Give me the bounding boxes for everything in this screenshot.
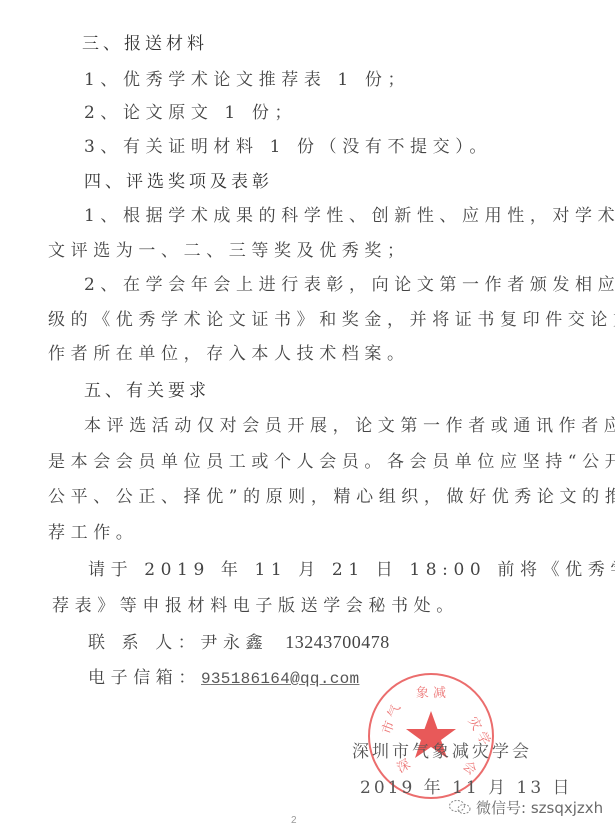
requirements-para1-line2: 是本会会员单位员工或个人会员。各会员单位应坚持“公开、	[48, 451, 615, 473]
email-link[interactable]: 935186164@qq.com	[201, 670, 359, 688]
signature-org: 深圳市气象减灾学会	[352, 737, 532, 762]
awards-para2-line1: 2、在学会年会上进行表彰，向论文第一作者颁发相应等	[84, 274, 615, 296]
page-number: 2	[291, 815, 297, 826]
awards-para1-line2: 文评选为一、二、三等奖及优秀奖；	[48, 240, 410, 262]
email-line: 电子信箱：935186164@qq.com	[88, 667, 359, 690]
email-label: 电子信箱：	[88, 668, 201, 688]
section-heading-awards: 四、评选奖项及表彰	[84, 171, 273, 193]
deadline-line2: 荐表》等申报材料电子版送学会秘书处。	[52, 595, 459, 617]
awards-para2-line2: 级的《优秀学术论文证书》和奖金，并将证书复印件交论文	[48, 309, 615, 331]
materials-item-1: 1、优秀学术论文推荐表 1 份；	[84, 69, 410, 91]
wechat-watermark: 微信号: szsqxjzxh	[448, 797, 603, 818]
signature-date: 2019 年 11 月 13 日	[360, 773, 573, 798]
awards-para2-line3: 作者所在单位，存入本人技术档案。	[48, 343, 410, 365]
awards-para1-line1: 1、根据学术成果的科学性、创新性、应用性，对学术论	[84, 205, 615, 227]
section-heading-materials: 三、报送材料	[82, 33, 208, 55]
requirements-para1-line4: 荐工作。	[48, 522, 138, 544]
materials-item-3: 3、有关证明材料 1 份（没有不提交）。	[84, 136, 492, 158]
contact-line: 联 系 人：尹永鑫 13243700478	[88, 631, 390, 654]
svg-text:市 气: 市 气	[380, 703, 404, 736]
contact-phone: 13243700478	[285, 632, 390, 652]
requirements-para1-line1: 本评选活动仅对会员开展，论文第一作者或通讯作者应	[84, 415, 615, 437]
svg-text:象 减: 象 减	[416, 685, 446, 701]
materials-item-2: 2、论文原文 1 份；	[84, 102, 297, 124]
contact-label: 联 系 人：尹永鑫	[88, 633, 268, 653]
watermark-text: 微信号: szsqxjzxh	[476, 799, 603, 817]
wechat-icon	[448, 799, 472, 815]
deadline-line1: 请于 2019 年 11 月 21 日 18:00 前将《优秀学术论文推	[88, 559, 615, 581]
requirements-para1-line3: 公平、公正、择优”的原则，精心组织，做好优秀论文的推	[48, 486, 615, 508]
section-heading-requirements: 五、有关要求	[84, 380, 210, 402]
